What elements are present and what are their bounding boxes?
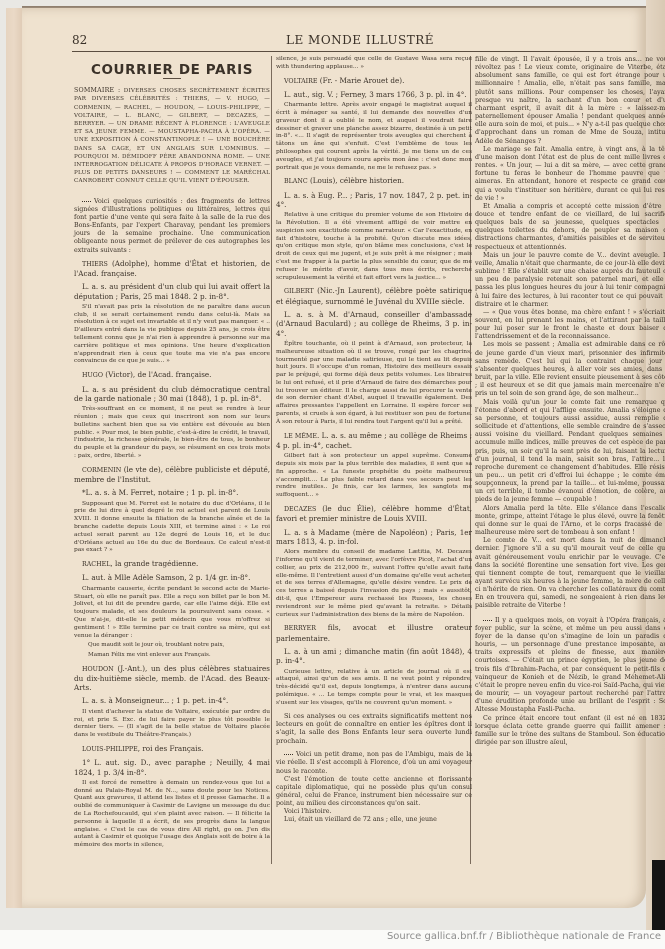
separator-icon <box>284 754 293 755</box>
column-3: fille de vingt. Il l'avait épousée, il y… <box>475 56 665 747</box>
letter-description: L. a. s au président du club démocratiqu… <box>74 385 270 404</box>
entry-heading: RACHEL, la grande tragédienne. <box>74 559 270 569</box>
letter-summary: Relative à une critique du premier volum… <box>276 212 472 282</box>
entry-heading: HOUDON (J.-Ant.), un des plus célèbres s… <box>74 664 270 693</box>
paragraph: — « Que vous êtes bonne, ma chère enfant… <box>475 309 665 342</box>
entry-heading: BLANC (Louis), célèbre historien. <box>276 176 472 186</box>
letter-description: *L. a. s. à M. Ferret, notaire ; 1 p. pl… <box>74 488 270 497</box>
entry-heading: VOLTAIRE (Fr. - Marie Arouet de). <box>276 76 472 86</box>
letter-summary: Charmante lettre. Après avoir engagé le … <box>276 102 472 172</box>
letter-summary: Très-souffrant en ce moment, il ne peut … <box>74 406 270 461</box>
paragraph: Ce prince était encore tout enfant (il e… <box>475 715 665 748</box>
paragraph: fille de vingt. Il l'avait épousée, il y… <box>475 56 665 146</box>
sommaire-lead: SOMMAIRE : <box>74 87 120 94</box>
letter-summary: Épître touchante, où il peint à d'Arnaud… <box>276 341 472 427</box>
letter-summary: Charmante causerie, écrite pendant le se… <box>74 586 270 641</box>
letter-summary: Alors membre du conseil de madame Lætiti… <box>276 549 472 619</box>
entry-heading: HUGO (Victor), de l'Acad. française. <box>74 370 270 380</box>
page-number: 82 <box>72 33 87 47</box>
paragraph: Et Amalia a compris et accepté cette mis… <box>475 203 665 252</box>
title-rule <box>163 78 181 79</box>
letter-summary: Gilbert fait à son protecteur un appel s… <box>276 453 472 500</box>
verse-line: Que maudit soit le jour où, troublant no… <box>74 642 270 650</box>
paragraph: Voici l'histoire. <box>276 808 472 816</box>
letter-summary: Curieuse lettre, relative à un article d… <box>276 669 472 708</box>
paragraph: Les mois se passent ; Amalia est admirab… <box>475 341 665 398</box>
entry-heading: LE MÊME. L. a. s. au même ; au collège d… <box>276 431 472 451</box>
verse-line: Maman Félix me vint enlever aux Français… <box>74 652 270 660</box>
letter-description: L. aut., sig. V. ; Ferney, 3 mars 1766, … <box>276 90 472 99</box>
column-2: silence, je suis persuadé que celle de G… <box>276 56 472 825</box>
letter-summary-continued: silence, je suis persuadé que celle de G… <box>276 56 472 72</box>
letter-description: L. a. s. au président d'un club qui lui … <box>74 282 270 301</box>
paragraph: Alors Amalia perd la tête. Elle s'élance… <box>475 505 665 538</box>
separator-icon <box>483 620 492 621</box>
paragraph: Voici quelques curiosités : des fragment… <box>74 198 270 255</box>
entry-heading: BERRYER fils, avocat et illustre orateur… <box>276 623 472 643</box>
entry-heading: CORMENIN (le vte de), célèbre publiciste… <box>74 465 270 485</box>
paragraph: Lui, était un vieillard de 72 ans ; elle… <box>276 816 472 824</box>
entry-heading: DECAZES (le duc Élie), célèbre homme d'É… <box>276 504 472 524</box>
source-credit: Source gallica.bnf.fr / Bibliothèque nat… <box>387 931 661 942</box>
running-title: LE MONDE ILLUSTRÉ <box>286 33 434 47</box>
letter-description: L. a. s à Madame (mère de Napoléon) ; Pa… <box>276 528 472 547</box>
letter-summary: Il vient d'achever la statue de Voltaire… <box>74 709 270 740</box>
letter-summary: Il est forcé de remettre à demain un ren… <box>74 780 270 850</box>
paragraph: Il y a quelques mois, on voyait à l'Opér… <box>475 617 665 715</box>
column-rule <box>271 56 272 864</box>
separator-icon <box>82 201 91 202</box>
article-title: COURRIER DE PARIS <box>74 66 270 74</box>
paragraph: C'est l'émotion de toute cette ancienne … <box>276 776 472 809</box>
entry-heading: THIERS (Adolphe), homme d'État et histor… <box>74 259 270 279</box>
letter-description: L. aut. à Mlle Adèle Samson, 2 p. 1/4 gr… <box>74 573 270 582</box>
sommaire: SOMMAIRE : diverses choses secrètement é… <box>74 87 270 185</box>
paragraph: Le comte de V... est mort dans la nuit d… <box>475 537 665 610</box>
letter-description: 1° L. aut. sig. D., avec paraphe ; Neuil… <box>74 758 270 777</box>
letter-description: L. a. à un ami ; dimanche matin (fin aoû… <box>276 647 472 666</box>
letter-summary: S'il n'avait pas pris la résolution de n… <box>74 304 270 366</box>
paragraph: Mais voilà qu'un jour le comte fait une … <box>475 399 665 505</box>
paragraph: Si ces analyses ou ces extraits signific… <box>276 712 472 746</box>
paragraph: Le mariage se fait. Amalia entre, à ving… <box>475 146 665 203</box>
paragraph: Mais un jour le pauvre comte de V... dev… <box>475 252 665 309</box>
letter-summary: Supposant que M. Ferret est le notaire d… <box>74 501 270 556</box>
letter-description: L. a. s. à Monseigneur... ; 1 p. pet. in… <box>74 696 270 705</box>
entry-heading: LOUIS-PHILIPPE, roi des Français. <box>74 744 270 754</box>
letter-description: L. a. s. à Eug. P... ; Paris, 17 nov. 18… <box>276 191 472 210</box>
entry-heading: GILBERT (Nic.-Jn Laurent), célèbre poète… <box>276 286 472 306</box>
header-rule <box>72 51 637 52</box>
sommaire-text: diverses choses secrètement écrites par … <box>74 88 270 184</box>
paragraph: Voici un petit drame, non pas de l'Ambig… <box>276 751 472 775</box>
column-1: COURRIER DE PARIS SOMMAIRE : diverses ch… <box>74 56 270 850</box>
letter-description: L. a. s. à M. d'Arnaud, conseiller d'amb… <box>276 310 472 338</box>
binding-shadow <box>652 860 665 930</box>
